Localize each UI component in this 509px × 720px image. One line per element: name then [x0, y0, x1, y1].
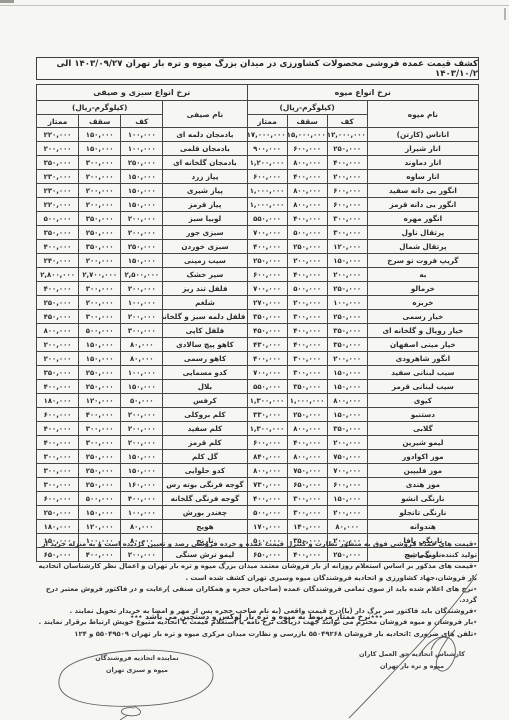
price-cell: ۴۰۰,۰۰۰ — [287, 212, 327, 226]
price-cell: ۷۵۰,۰۰۰ — [287, 464, 327, 478]
price-cell: ۲۵۰,۰۰۰ — [121, 240, 163, 254]
price-cell: ۳۵۰,۰۰۰ — [327, 324, 367, 338]
price-cell: ۱۷۰,۰۰۰ — [247, 520, 287, 534]
price-cell: ۲,۸۰۰,۰۰۰ — [37, 268, 79, 282]
veg-name-cell: کلم بروکلی — [163, 408, 247, 422]
veg-section-header: نرخ انواع سبزی و صیفی — [37, 85, 248, 101]
fruit-name-cell: به — [367, 268, 478, 282]
price-cell: ۱۵۰,۰۰۰ — [79, 128, 121, 142]
fruit-name-cell: نارنگی تانجلو — [367, 506, 478, 520]
price-cell: ۱۵۰,۰۰۰ — [327, 366, 367, 380]
price-cell: ۳۳۰,۰۰۰ — [247, 408, 287, 422]
table-row: پرتقال ناول۳۰۰,۰۰۰۵۰۰,۰۰۰۷۰۰,۰۰۰سبزی جور… — [37, 226, 479, 240]
price-cell: ۲۰۰,۰۰۰ — [121, 408, 163, 422]
veg-unit-header: (کیلوگرم-ریال) — [37, 101, 163, 115]
fruit-name-cell: دستنبو — [367, 408, 478, 422]
price-cell: ۱۰۰,۰۰۰ — [121, 366, 163, 380]
table-row: انار ساوه۲۰۰,۰۰۰۴۰۰,۰۰۰۶۰۰,۰۰۰پیاز زرد۱۵… — [37, 170, 479, 184]
price-cell: ۲۰۰,۰۰۰ — [37, 338, 79, 352]
fruit-name-cell: موز فلیپین — [367, 464, 478, 478]
price-cell: ۱,۰۰۰,۰۰۰ — [247, 198, 287, 212]
price-cell: ۱,۲۰۰,۰۰۰ — [247, 156, 287, 170]
price-cell: ۳۵۰,۰۰۰ — [327, 422, 367, 436]
price-cell: ۲۰۰,۰۰۰ — [121, 310, 163, 324]
price-cell: ۲۰۰,۰۰۰ — [121, 436, 163, 450]
fruit-name-cell: پرتقال ناول — [367, 226, 478, 240]
price-cell: ۱۸۰,۰۰۰ — [37, 520, 79, 534]
price-cell: ۱۵۰,۰۰۰ — [79, 142, 121, 156]
footnotes: ٭قیمت های عمده فروشی فوق به منظور نظارت … — [36, 539, 477, 640]
veg-name-cell: لوبیا سبز — [163, 212, 247, 226]
fruit-name-cell: خربزه — [367, 296, 478, 310]
price-cell: ۶۰۰,۰۰۰ — [247, 436, 287, 450]
veg-name-cell: کاهو رسمی — [163, 352, 247, 366]
veg-name-cell: بلال — [163, 380, 247, 394]
table-row: خیار رسمی۲۵۰,۰۰۰۳۰۰,۰۰۰۳۵۰,۰۰۰فلفل دلمه … — [37, 310, 479, 324]
price-cell: ۲۰۰,۰۰۰ — [79, 170, 121, 184]
fruit-name-cell: پرتقال شمال — [367, 240, 478, 254]
fruit-name-cell: انار ساوه — [367, 170, 478, 184]
table-row: خربزه۱۰۰,۰۰۰۲۰۰,۰۰۰۲۷۰,۰۰۰شلغم۱۰۰,۰۰۰۲۰۰… — [37, 296, 479, 310]
price-cell: ۶۰۰,۰۰۰ — [327, 184, 367, 198]
price-cell: ۲۷۰,۰۰۰ — [247, 296, 287, 310]
price-cell: ۵۰۰,۰۰۰ — [287, 282, 327, 296]
veg-name-cell: بادمجان گلخانه ای — [163, 156, 247, 170]
fruit-premium-header: ممتاز — [247, 115, 287, 128]
price-cell: ۵۰۰,۰۰۰ — [37, 212, 79, 226]
price-cell: ۲۵۰,۰۰۰ — [79, 464, 121, 478]
price-cell: ۲۳۰,۰۰۰ — [37, 184, 79, 198]
price-cell: ۲۰۰,۰۰۰ — [37, 352, 79, 366]
table-row: کیوی۸۰۰,۰۰۰۱,۰۰۰,۰۰۰۱,۳۰۰,۰۰۰کرفس۵۰,۰۰۰۱… — [37, 394, 479, 408]
price-cell: ۱۰۰,۰۰۰ — [121, 128, 163, 142]
price-cell: ۲۵۰,۰۰۰ — [37, 296, 79, 310]
price-cell: ۲۵۰,۰۰۰ — [327, 310, 367, 324]
veg-name-cell: سبزی خوردن — [163, 240, 247, 254]
scanned-price-bulletin: کشف قیمت عمده فروشی محصولات کشاورزی در م… — [0, 0, 509, 720]
price-cell: ۶۰۰,۰۰۰ — [247, 170, 287, 184]
veg-name-cell: کلم قرمز — [163, 436, 247, 450]
price-cell: ۱۰۰,۰۰۰ — [121, 296, 163, 310]
veg-name-cell: کدو حلوایی — [163, 464, 247, 478]
price-cell: ۱۰۰,۰۰۰ — [121, 506, 163, 520]
price-cell: ۳۰۰,۰۰۰ — [37, 478, 79, 492]
price-cell: ۲۴۰,۰۰۰ — [37, 254, 79, 268]
price-cell: ۲۵۰,۰۰۰ — [79, 226, 121, 240]
fruit-name-cell: موز اکوادور — [367, 450, 478, 464]
price-cell: ۲۵۰,۰۰۰ — [247, 254, 287, 268]
veg-name-cell: گوجه فرنگی بوته رس — [163, 478, 247, 492]
fruit-name-cell: سیب لبنانی سفید — [367, 366, 478, 380]
price-cell: ۴۰۰,۰۰۰ — [327, 156, 367, 170]
price-table-body: اناناس (کارتن)۱۲,۰۰۰,۰۰۰۱۵,۰۰۰,۰۰۰۱۷,۰۰۰… — [37, 128, 479, 562]
price-cell: ۳۰۰,۰۰۰ — [327, 212, 367, 226]
price-cell: ۱۰۰,۰۰۰ — [121, 142, 163, 156]
fruit-name-cell: انگور مهره — [367, 212, 478, 226]
price-cell: ۳۵۰,۰۰۰ — [79, 212, 121, 226]
price-cell: ۳۵۰,۰۰۰ — [37, 226, 79, 240]
note-line: ٭قیمت های عمده فروشی فوق به منظور نظارت … — [36, 539, 477, 561]
fruit-name-cell: کیوی — [367, 394, 478, 408]
fruit-name-cell: انار دماوند — [367, 156, 478, 170]
price-cell: ۴۰۰,۰۰۰ — [121, 492, 163, 506]
note-line: ٭نرخ های اعلام شده باید از سوی تمامی فرو… — [36, 584, 477, 606]
price-cell: ۵۰۰,۰۰۰ — [287, 226, 327, 240]
price-cell: ۲۵۰,۰۰۰ — [37, 506, 79, 520]
fruit-name-cell: موز هندی — [367, 478, 478, 492]
table-row: خیار رویال و گلخانه ای۳۵۰,۰۰۰۴۰۰,۰۰۰۴۵۰,… — [37, 324, 479, 338]
price-cell: ۲۵۰,۰۰۰ — [327, 142, 367, 156]
veg-name-cell: فلفل کاپی — [163, 324, 247, 338]
veg-name-cell: شلغم — [163, 296, 247, 310]
signature-left-scribble — [38, 638, 228, 720]
price-cell: ۴۰۰,۰۰۰ — [287, 324, 327, 338]
price-cell: ۸۰,۰۰۰ — [121, 352, 163, 366]
table-row: گریپ فروت تو سرخ۱۵۰,۰۰۰۲۰۰,۰۰۰۲۵۰,۰۰۰سیب… — [37, 254, 479, 268]
price-cell: ۱۸۰,۰۰۰ — [37, 394, 79, 408]
price-cell: ۱۵۰,۰۰۰ — [327, 408, 367, 422]
veg-name-cell: فلفل دلمه سبز و گلخانه — [163, 310, 247, 324]
document-title: کشف قیمت عمده فروشی محصولات کشاورزی در م… — [36, 57, 479, 80]
table-row: خیار مینی اصفهان۳۵۰,۰۰۰۴۰۰,۰۰۰۴۳۰,۰۰۰کاه… — [37, 338, 479, 352]
price-cell: ۱۵۰,۰۰۰ — [121, 380, 163, 394]
price-cell: ۶۰۰,۰۰۰ — [37, 492, 79, 506]
price-cell: ۸۰۰,۰۰۰ — [287, 184, 327, 198]
veg-name-cell: بادمجان قلمی — [163, 142, 247, 156]
price-cell: ۴۰۰,۰۰۰ — [79, 408, 121, 422]
price-cell: ۳۰۰,۰۰۰ — [37, 464, 79, 478]
price-cell: ۲۰۰,۰۰۰ — [121, 282, 163, 296]
price-cell: ۲۵۰,۰۰۰ — [121, 156, 163, 170]
price-cell: ۷۰۰,۰۰۰ — [327, 464, 367, 478]
veg-name-column-header: نام صیفی — [163, 101, 247, 128]
table-row: لیمو شیرین۲۰۰,۰۰۰۴۰۰,۰۰۰۶۰۰,۰۰۰کلم قرمز۲… — [37, 436, 479, 450]
price-cell: ۱۴۰,۰۰۰ — [287, 520, 327, 534]
table-row: انگور شاهرودی۲۰۰,۰۰۰۳۰۰,۰۰۰۴۰۰,۰۰۰کاهو ر… — [37, 352, 479, 366]
table-row: نارنگی تانجلو۲۰۰,۰۰۰۳۰۰,۰۰۰۵۰۰,۰۰۰چغندر … — [37, 506, 479, 520]
price-cell: ۴۰۰,۰۰۰ — [287, 338, 327, 352]
price-cell: ۲۰۰,۰۰۰ — [287, 254, 327, 268]
signature-left-line2: میوه و سبزی تهران — [72, 664, 202, 676]
table-row: گلابی۳۵۰,۰۰۰۸۰۰,۰۰۰۱,۳۰۰,۰۰۰کلم سفید۲۰۰,… — [37, 422, 479, 436]
price-cell: ۲۰۰,۰۰۰ — [327, 170, 367, 184]
table-row: انار دماوند۴۰۰,۰۰۰۸۰۰,۰۰۰۱,۲۰۰,۰۰۰بادمجا… — [37, 156, 479, 170]
price-cell: ۲۵۰,۰۰۰ — [287, 408, 327, 422]
veg-name-cell: سبزی جور — [163, 226, 247, 240]
veg-floor-header: کف — [121, 115, 163, 128]
price-cell: ۲۰۰,۰۰۰ — [79, 198, 121, 212]
price-cell: ۱,۳۰۰,۰۰۰ — [247, 422, 287, 436]
price-cell: ۲۰۰,۰۰۰ — [121, 422, 163, 436]
price-cell: ۷۰۰,۰۰۰ — [247, 366, 287, 380]
price-cell: ۳۰۰,۰۰۰ — [121, 324, 163, 338]
price-cell: ۲,۵۰۰,۰۰۰ — [121, 268, 163, 282]
price-cell: ۲۰۰,۰۰۰ — [327, 352, 367, 366]
price-cell: ۱۵۰,۰۰۰ — [327, 492, 367, 506]
price-cell: ۴۵۰,۰۰۰ — [247, 324, 287, 338]
fruit-name-cell: گلابی — [367, 422, 478, 436]
price-cell: ۱,۳۰۰,۰۰۰ — [247, 394, 287, 408]
table-row: انگور بی دانه قرمز۶۰۰,۰۰۰۸۰۰,۰۰۰۱,۰۰۰,۰۰… — [37, 198, 479, 212]
price-cell: ۱۲۰,۰۰۰ — [79, 520, 121, 534]
fruit-name-cell: انگور شاهرودی — [367, 352, 478, 366]
price-cell: ۴۳۰,۰۰۰ — [247, 338, 287, 352]
price-cell: ۱۵۰,۰۰۰ — [121, 254, 163, 268]
price-cell: ۲۵۰,۰۰۰ — [79, 478, 121, 492]
fruit-ceiling-header: سقف — [287, 115, 327, 128]
price-cell: ۷۵۰,۰۰۰ — [327, 450, 367, 464]
fruit-name-cell: خیار رسمی — [367, 310, 478, 324]
table-row: موز فلیپین۷۰۰,۰۰۰۷۵۰,۰۰۰۸۰۰,۰۰۰کدو حلوای… — [37, 464, 479, 478]
price-cell: ۳۰۰,۰۰۰ — [287, 352, 327, 366]
price-cell: ۴۰۰,۰۰۰ — [247, 240, 287, 254]
veg-name-cell: فلفل تند ریز — [163, 282, 247, 296]
price-cell: ۳۵۰,۰۰۰ — [37, 156, 79, 170]
price-cell: ۲۰۰,۰۰۰ — [327, 436, 367, 450]
price-cell: ۲۰۰,۰۰۰ — [79, 254, 121, 268]
price-cell: ۱۰۰,۰۰۰ — [327, 296, 367, 310]
price-cell: ۸۰۰,۰۰۰ — [247, 464, 287, 478]
fruit-name-cell: انگور بی دانه قرمز — [367, 198, 478, 212]
veg-name-cell: گوجه فرنگی گلخانه — [163, 492, 247, 506]
price-cell: ۳۰۰,۰۰۰ — [287, 506, 327, 520]
price-cell: ۳۵۰,۰۰۰ — [79, 240, 121, 254]
fruit-name-cell: نارنگی انشو — [367, 492, 478, 506]
price-cell: ۱۵۰,۰۰۰ — [121, 450, 163, 464]
price-cell: ۳۰۰,۰۰۰ — [287, 310, 327, 324]
fruit-name-cell: اناناس (کارتن) — [367, 128, 478, 142]
price-cell: ۵۰۰,۰۰۰ — [79, 324, 121, 338]
price-cell: ۱۵۰,۰۰۰ — [121, 184, 163, 198]
price-cell: ۲۰۰,۰۰۰ — [287, 296, 327, 310]
price-cell: ۱۵۰,۰۰۰ — [121, 170, 163, 184]
price-cell: ۲۲۰,۰۰۰ — [37, 198, 79, 212]
price-cell: ۱۶۰,۰۰۰ — [121, 478, 163, 492]
veg-name-cell: کرفس — [163, 394, 247, 408]
price-cell: ۸۰۰,۰۰۰ — [287, 198, 327, 212]
table-row: موز هندی۶۰۰,۰۰۰۶۵۰,۰۰۰۷۳۰,۰۰۰گوجه فرنگی … — [37, 478, 479, 492]
price-cell: ۸۰۰,۰۰۰ — [327, 394, 367, 408]
price-cell: ۱۲,۰۰۰,۰۰۰ — [327, 128, 367, 142]
veg-name-cell: بادمجان دلمه ای — [163, 128, 247, 142]
price-cell: ۱۲۰,۰۰۰ — [79, 394, 121, 408]
price-cell: ۸۰۰,۰۰۰ — [287, 422, 327, 436]
price-cell: ۶۰۰,۰۰۰ — [327, 478, 367, 492]
price-cell: ۸۰,۰۰۰ — [121, 338, 163, 352]
price-cell: ۶۵۰,۰۰۰ — [287, 478, 327, 492]
signature-left-line1: نماینده اتحادیه فروشندگان — [72, 652, 202, 664]
price-cell: ۳۵۰,۰۰۰ — [37, 366, 79, 380]
price-cell: ۸۰,۰۰۰ — [327, 520, 367, 534]
table-row: نارنگی انشو۱۵۰,۰۰۰۳۰۰,۰۰۰۴۰۰,۰۰۰گوجه فرن… — [37, 492, 479, 506]
table-row: اناناس (کارتن)۱۲,۰۰۰,۰۰۰۱۵,۰۰۰,۰۰۰۱۷,۰۰۰… — [37, 128, 479, 142]
price-cell: ۲۰۰,۰۰۰ — [79, 296, 121, 310]
note-line: ٭تلفن های ضروری :اتحادیه بار فروشان ۵۵۰۴… — [36, 629, 477, 640]
price-cell: ۴۰۰,۰۰۰ — [37, 422, 79, 436]
veg-name-cell: سیب زمینی — [163, 254, 247, 268]
fruit-floor-header: کف — [327, 115, 367, 128]
veg-name-cell: کاهو پیچ سالادی — [163, 338, 247, 352]
price-cell: ۲۰۰,۰۰۰ — [121, 226, 163, 240]
scan-artifact-corner — [0, 0, 14, 3]
price-cell: ۲۵۰,۰۰۰ — [79, 450, 121, 464]
price-cell: ۸۰۰,۰۰۰ — [37, 324, 79, 338]
price-cell: ۱,۰۰۰,۰۰۰ — [287, 394, 327, 408]
fruit-name-cell: خرمالو — [367, 282, 478, 296]
veg-name-cell: کدو مسمایی — [163, 366, 247, 380]
price-cell: ۲۰۰,۰۰۰ — [121, 212, 163, 226]
veg-name-cell: پیاز شیری — [163, 184, 247, 198]
table-row: انار شیراز۲۵۰,۰۰۰۶۰۰,۰۰۰۹۰۰,۰۰۰بادمجان ق… — [37, 142, 479, 156]
price-cell: ۵۰,۰۰۰ — [121, 394, 163, 408]
price-cell: ۳۵۰,۰۰۰ — [327, 338, 367, 352]
price-cell: ۱۷,۰۰۰,۰۰۰ — [247, 128, 287, 142]
veg-name-cell: پیاز زرد — [163, 170, 247, 184]
price-cell: ۱۲۰,۰۰۰ — [327, 240, 367, 254]
fruit-name-cell: انگور بی دانه سفید — [367, 184, 478, 198]
price-cell: ۶۰۰,۰۰۰ — [327, 198, 367, 212]
veg-name-cell: کلم سفید — [163, 422, 247, 436]
price-cell: ۳۵۰,۰۰۰ — [287, 380, 327, 394]
price-cell: ۳۰۰,۰۰۰ — [327, 226, 367, 240]
price-cell: ۴۰۰,۰۰۰ — [287, 268, 327, 282]
fruit-name-cell: لیمو شیرین — [367, 436, 478, 450]
price-cell: ۳۰۰,۰۰۰ — [287, 492, 327, 506]
fruit-section-header: نرخ انواع میوه — [247, 85, 478, 101]
price-cell: ۱۵۰,۰۰۰ — [327, 254, 367, 268]
fruit-name-cell: انار شیراز — [367, 142, 478, 156]
price-cell: ۲۰۰,۰۰۰ — [37, 142, 79, 156]
table-row: خرمالو۲۵۰,۰۰۰۵۰۰,۰۰۰۷۰۰,۰۰۰فلفل تند ریز۲… — [37, 282, 479, 296]
price-cell: ۲۰۰,۰۰۰ — [327, 268, 367, 282]
price-cell: ۲۲۰,۰۰۰ — [37, 128, 79, 142]
fruit-unit-header: (کیلوگرم-ریال) — [247, 101, 367, 115]
price-cell: ۹۰۰,۰۰۰ — [247, 142, 287, 156]
price-cell: ۱۵,۰۰۰,۰۰۰ — [287, 128, 327, 142]
price-cell: ۲,۷۰۰,۰۰۰ — [79, 268, 121, 282]
signature-right-line2: میوه و تره بار تهران — [352, 660, 472, 672]
price-cell: ۳۰۰,۰۰۰ — [37, 450, 79, 464]
price-cell: ۴۰۰,۰۰۰ — [37, 240, 79, 254]
fruit-name-cell: خیار رویال و گلخانه ای — [367, 324, 478, 338]
price-cell: ۴۰۰,۰۰۰ — [37, 436, 79, 450]
price-cell: ۲۰۰,۰۰۰ — [79, 184, 121, 198]
price-cell: ۱۵۰,۰۰۰ — [79, 506, 121, 520]
price-cell: ۴۰۰,۰۰۰ — [37, 380, 79, 394]
table-row: انگور مهره۳۰۰,۰۰۰۴۰۰,۰۰۰۵۵۰,۰۰۰لوبیا سبز… — [37, 212, 479, 226]
price-cell: ۶۰۰,۰۰۰ — [287, 142, 327, 156]
price-cell: ۲۵۰,۰۰۰ — [327, 282, 367, 296]
price-cell: ۴۰۰,۰۰۰ — [287, 170, 327, 184]
price-cell: ۲۵۰,۰۰۰ — [287, 240, 327, 254]
table-row: موز اکوادور۷۵۰,۰۰۰۸۰۰,۰۰۰۸۴۰,۰۰۰گل کلم۱۵… — [37, 450, 479, 464]
fruit-name-cell: گریپ فروت تو سرخ — [367, 254, 478, 268]
price-cell: ۶۰۰,۰۰۰ — [37, 408, 79, 422]
price-cell: ۲۵۰,۰۰۰ — [79, 380, 121, 394]
fruit-name-cell: هندوانه — [367, 520, 478, 534]
price-cell: ۵۵۰,۰۰۰ — [247, 380, 287, 394]
price-table: نرخ انواع میوه نرخ انواع سبزی و صیفی نام… — [36, 84, 479, 562]
scan-artifact-corner-right — [504, 8, 506, 20]
price-cell: ۵۵۰,۰۰۰ — [247, 212, 287, 226]
signature-left-text: نماینده اتحادیه فروشندگان میوه و سبزی ته… — [72, 652, 202, 676]
veg-name-cell: سیر خشک — [163, 268, 247, 282]
table-row: سیب لبنانی سفید۱۵۰,۰۰۰۳۰۰,۰۰۰۷۰۰,۰۰۰کدو … — [37, 366, 479, 380]
veg-ceiling-header: سقف — [79, 115, 121, 128]
veg-name-cell: گل کلم — [163, 450, 247, 464]
fruit-name-column-header: نام میوه — [367, 101, 478, 128]
price-cell: ۴۵۰,۰۰۰ — [37, 310, 79, 324]
fruit-name-cell: سیب لبنانی قرمز — [367, 380, 478, 394]
price-cell: ۱,۰۰۰,۰۰۰ — [247, 184, 287, 198]
price-cell: ۲۳۰,۰۰۰ — [37, 170, 79, 184]
price-cell: ۳۰۰,۰۰۰ — [79, 156, 121, 170]
veg-name-cell: چغندر بورش — [163, 506, 247, 520]
price-cell: ۳۰۰,۰۰۰ — [79, 422, 121, 436]
price-cell: ۳۰۰,۰۰۰ — [79, 436, 121, 450]
price-cell: ۱۵۰,۰۰۰ — [79, 352, 121, 366]
price-cell: ۷۰۰,۰۰۰ — [247, 282, 287, 296]
table-row: هندوانه۸۰,۰۰۰۱۴۰,۰۰۰۱۷۰,۰۰۰هویج۸۰,۰۰۰۱۲۰… — [37, 520, 479, 534]
table-row: دستنبو۱۵۰,۰۰۰۲۵۰,۰۰۰۳۳۰,۰۰۰کلم بروکلی۲۰۰… — [37, 408, 479, 422]
price-cell: ۴۰۰,۰۰۰ — [247, 492, 287, 506]
price-cell: ۳۵۰,۰۰۰ — [247, 310, 287, 324]
price-cell: ۳۰۰,۰۰۰ — [79, 310, 121, 324]
price-cell: ۴۰۰,۰۰۰ — [37, 282, 79, 296]
price-cell: ۲۰۰,۰۰۰ — [327, 506, 367, 520]
table-row: انگور بی دانه سفید۶۰۰,۰۰۰۸۰۰,۰۰۰۱,۰۰۰,۰۰… — [37, 184, 479, 198]
price-cell: ۵۰۰,۰۰۰ — [79, 492, 121, 506]
price-cell: ۲۵۰,۰۰۰ — [79, 366, 121, 380]
price-cell: ۵۰۰,۰۰۰ — [247, 506, 287, 520]
price-cell: ۶۰۰,۰۰۰ — [247, 268, 287, 282]
veg-name-cell: پیاز قرمز — [163, 198, 247, 212]
price-cell: ۷۳۰,۰۰۰ — [247, 478, 287, 492]
fruit-name-cell: خیار مینی اصفهان — [367, 338, 478, 352]
price-cell: ۴۰۰,۰۰۰ — [247, 352, 287, 366]
signature-right-line1: کارشناس اتحادیه حق العمل کاران — [352, 648, 472, 660]
table-row: پرتقال شمال۱۲۰,۰۰۰۲۵۰,۰۰۰۴۰۰,۰۰۰سبزی خور… — [37, 240, 479, 254]
price-cell: ۳۰۰,۰۰۰ — [287, 366, 327, 380]
price-cell: ۴۰۰,۰۰۰ — [287, 436, 327, 450]
premium-grade-notice: ٭٭٭نرخ ممتاز مربوط به میوه و تره بار لوک… — [36, 612, 477, 621]
veg-premium-header: ممتاز — [37, 115, 79, 128]
price-cell: ۸۴۰,۰۰۰ — [247, 450, 287, 464]
price-cell: ۱۵۰,۰۰۰ — [327, 380, 367, 394]
veg-name-cell: هویج — [163, 520, 247, 534]
price-cell: ۸۰۰,۰۰۰ — [287, 450, 327, 464]
scan-artifact-line — [0, 5, 509, 6]
table-row: سیب لبنانی قرمز۱۵۰,۰۰۰۳۵۰,۰۰۰۵۵۰,۰۰۰بلال… — [37, 380, 479, 394]
price-cell: ۷۰۰,۰۰۰ — [247, 226, 287, 240]
price-cell: ۸۰۰,۰۰۰ — [287, 156, 327, 170]
price-cell: ۱۵۰,۰۰۰ — [79, 338, 121, 352]
signature-right-text: کارشناس اتحادیه حق العمل کاران میوه و تر… — [352, 648, 472, 672]
table-row: به۲۰۰,۰۰۰۴۰۰,۰۰۰۶۰۰,۰۰۰سیر خشک۲,۵۰۰,۰۰۰۲… — [37, 268, 479, 282]
note-line: ٭قیمت های مذکور بر اساس استعلام روزانه ا… — [36, 561, 477, 583]
price-cell: ۳۰۰,۰۰۰ — [79, 282, 121, 296]
price-cell: ۱۵۰,۰۰۰ — [121, 198, 163, 212]
price-cell: ۸۰,۰۰۰ — [121, 520, 163, 534]
price-cell: ۱۵۰,۰۰۰ — [121, 464, 163, 478]
